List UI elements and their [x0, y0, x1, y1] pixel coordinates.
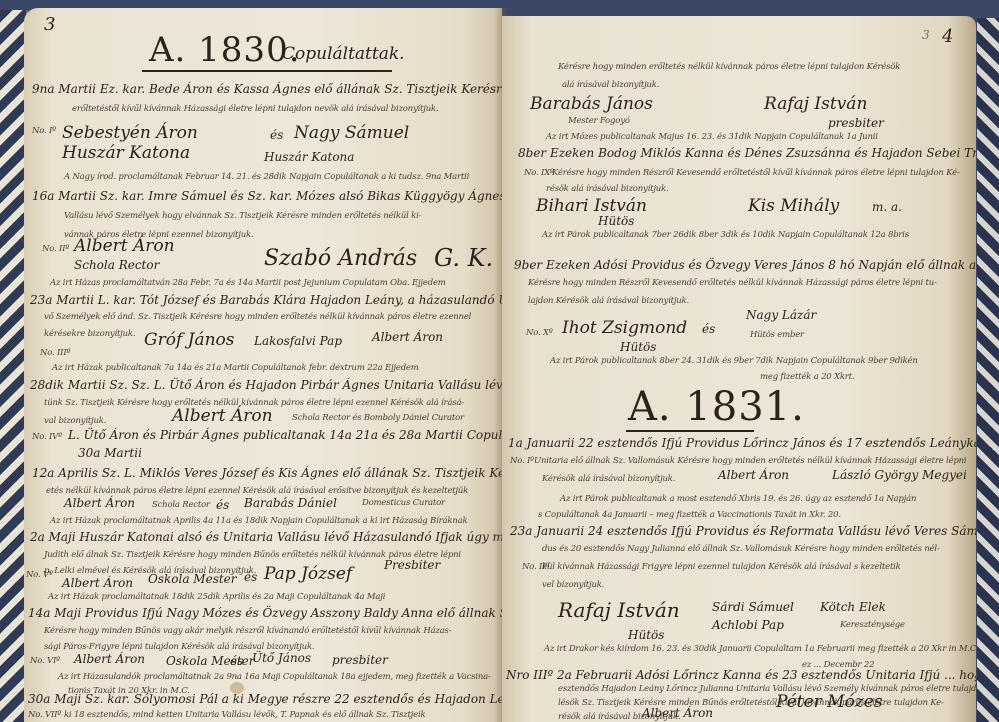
right-page: 3 4 Kérésre hogy minden erőltetés nélkül…: [502, 16, 976, 722]
entry-line: val bizonyítjuk.: [44, 416, 106, 426]
witness-signature: Albert Áron: [64, 496, 135, 510]
publication-date: 30a Martii: [78, 446, 142, 460]
witness-role: Hütös: [620, 340, 656, 354]
witness-signature: Rafaj István: [764, 94, 867, 114]
conjunction: és: [702, 322, 715, 336]
entry-number: No. Iº: [32, 126, 56, 136]
entry-line: dus és 20 esztendős Nagy Julianna elő ál…: [542, 544, 940, 554]
conjunction: és: [216, 498, 229, 512]
witness-signature: Kötch Elek: [820, 600, 886, 614]
publication-note: Az irt Párok publicaltanak 8ber 24. 31di…: [550, 356, 918, 366]
entry-number: No. Iº: [510, 456, 534, 466]
witness-signature: Schola Rector és Bomboly Dániel Curator: [292, 413, 464, 423]
entry-line: 23a Januarii 24 esztendős Ifjú Providus …: [510, 524, 976, 538]
witness-signature: Albert Áron: [172, 406, 273, 426]
witness-signature: Albert Áron: [718, 468, 789, 482]
entry-number: No. IIIº: [40, 348, 70, 358]
entry-line: 8ber Ezeken Bodog Miklós Kanna és Dénes …: [518, 146, 976, 160]
entry-line: 14a Maji Providus Ifjú Nagy Mózes és Özv…: [28, 606, 502, 620]
entry-line: Nro IIIº 2a Februarii Adósi Lőrincz Kann…: [506, 668, 976, 682]
witness-role: Mester Fogoyó: [568, 116, 630, 126]
entry-line: 1a Januarii 22 esztendős Ifjú Providus L…: [508, 436, 976, 450]
witness-role: Huszár Katona: [264, 150, 354, 164]
publication-note: Az irt Párok publicaltanak 7ber 26dik 8b…: [542, 230, 909, 240]
witness-signature: Pap József: [264, 564, 352, 584]
witness-role: Hütös: [598, 214, 634, 228]
witness-signature: Sebestyén Áron: [62, 123, 198, 143]
left-page: 3 A. 1830. Copuláltattak. 9na Martii Ez.…: [24, 8, 502, 722]
entry-line: Kérésre hogy minden Részről Kevesendő er…: [552, 168, 960, 178]
proclamation-note: Az irt Házak publicaltanak 7a 14a és 21a…: [52, 363, 419, 373]
entry-line: Kérésre hogy minden erőltetés nélkül kív…: [558, 62, 900, 72]
witness-role: Presbiter: [384, 558, 440, 572]
entry-number: No. IVº: [32, 432, 62, 442]
witness-role: Lakosfalvi Pap: [254, 334, 342, 348]
entry-line: Kérésre hogy minden Részről Kevesendő er…: [528, 278, 937, 288]
witness-role: Kereszténysége: [840, 620, 905, 630]
witness-signature: Gróf János: [144, 330, 235, 350]
witness-role: Schola Rector: [74, 258, 159, 272]
witness-signature: Nagy Sámuel: [294, 123, 409, 143]
entry-line: 16a Martii Sz. kar. Imre Sámuel és Sz. k…: [32, 189, 502, 203]
proclamation-note: Az irt Házasulandók proclamáltatnak 2a 9…: [58, 672, 491, 682]
entry-line: Unitaria elő állnak Sz. Vallomásuk Kérés…: [534, 456, 966, 466]
publication-note: Az irt Párok publicaltanak a most eszten…: [560, 494, 916, 504]
entry-line: Vallásu lévő Személyek hogy elvánnak Sz.…: [64, 211, 421, 221]
witness-signature: Barabás János: [530, 94, 653, 114]
witness-signature: Kis Mihály: [748, 196, 839, 216]
entry-line: 9ber Ezeken Adósi Providus és Özvegy Ver…: [514, 258, 976, 272]
entry-line: Kérésre hogy minden Bűnös vagy akár mely…: [44, 626, 451, 636]
publication-note: s Copuláltanak 4a Januarii – meg fizetté…: [538, 510, 841, 520]
entry-line: kül kívánnak Házassági Frigyre lépni eze…: [542, 562, 901, 572]
book-binding-right: [977, 18, 999, 722]
witness-signature: Rafaj István: [558, 598, 680, 622]
proclamation-note: A Nagy írod. proclamáltanak Februar 14. …: [64, 172, 469, 182]
year-heading: A. 1831.: [628, 384, 805, 430]
conjunction: és: [244, 570, 257, 584]
entry-line: résök alá írásával bizonyítjuk.: [546, 184, 668, 194]
entry-number: No. Xº: [526, 328, 553, 338]
page-number: 4: [942, 26, 953, 47]
publication-note: L. Ütő Áron és Pirbár Ágnes publicaltana…: [68, 428, 502, 442]
witness-role: Hütös: [628, 628, 664, 642]
witness-signature: Albert Áron: [62, 576, 133, 590]
witness-signature: Barabás Dániel: [244, 496, 337, 510]
heading-underline: [626, 430, 754, 432]
witness-role: Oskola Mester: [148, 572, 237, 586]
proclamation-note: Az irt Házak proclamáltatnak 18dik 25dik…: [48, 592, 385, 602]
ink-stain: [230, 682, 244, 694]
entry-line: 12a Aprilis Sz. L. Miklós Veres József é…: [32, 466, 502, 480]
publication-note: Az irt Drakor kés kiírdom 16. 23. és 30d…: [544, 644, 976, 654]
entry-number: No. IIº: [42, 244, 69, 254]
entry-line: erőltetéstől kívűl kívánnak Házassági él…: [72, 104, 438, 114]
heading-copulaltattak: Copuláltattak.: [282, 44, 405, 64]
entry-number: No. IXº: [524, 168, 554, 178]
entry-line: 9na Martii Ez. kar. Bede Áron és Kassa Á…: [32, 82, 502, 96]
publication-note: Az irt Mózes publicaltanak Majus 16. 23.…: [546, 132, 878, 142]
proclamation-note: Az irt Házas proclamáltatván 28a Febr. 7…: [50, 278, 446, 288]
witness-role: Hütös ember: [750, 330, 804, 340]
entry-line: 23a Martii L. kar. Tót József és Barabás…: [30, 293, 502, 307]
witness-role: presbiter: [332, 653, 388, 667]
entry-line: alá írásával bizonyítjuk.: [562, 80, 659, 90]
witness-mark: G. K.: [434, 244, 493, 272]
conjunction: és: [230, 654, 243, 668]
witness-role: Huszár Katona: [62, 143, 190, 163]
entry-number: No. VIIº: [28, 710, 61, 720]
proclamation-note: Az irt Házak proclamáltatnak Aprilis 4a …: [50, 516, 467, 526]
entry-line: kérésekre bizonyítjuk.: [44, 329, 135, 339]
witness-role: m. a.: [872, 200, 902, 214]
witness-role: Domesticus Curator: [362, 498, 445, 508]
entry-number: No. Vº: [26, 570, 53, 580]
entry-line: 28dik Martii Sz. Sz. L. Ütő Áron és Haja…: [30, 378, 502, 392]
entry-line: esztendős Hajadon Leány Lőrincz Julianna…: [558, 684, 976, 694]
entry-line: ki 18 esztendős, mind ketten Unitaria Va…: [64, 710, 425, 720]
witness-signature: Péter Mózes: [776, 692, 883, 712]
conjunction: és: [270, 128, 283, 142]
witness-signature: Bihari István: [536, 196, 647, 216]
entry-number: No. VIº: [30, 656, 60, 666]
entry-line: lésök Sz. Tisztjeik Kérésre minden Bűnös…: [558, 698, 944, 708]
page-number: 3: [44, 14, 55, 35]
witness-signature: Albert Áron: [642, 706, 713, 720]
witness-signature: László György Megyei: [832, 468, 967, 482]
entry-line: Kérésök alá írásával bizonyítjuk.: [542, 474, 675, 484]
witness-signature: Albert Áron: [372, 330, 443, 344]
pencil-page-number: 3: [922, 28, 930, 42]
entry-line: lajdon Kérésök alá írásával bizonyítjuk.: [528, 296, 689, 306]
heading-underline: [142, 70, 392, 72]
entry-line: 30a Maji Sz. kar. Sólyomosi Pál a ki Meg…: [28, 692, 502, 706]
witness-signature: Albert Áron: [74, 236, 175, 256]
witness-role: Schola Rector: [152, 500, 210, 510]
open-register-book: 3 A. 1830. Copuláltattak. 9na Martii Ez.…: [0, 0, 999, 722]
witness-signature: Nagy Lázár: [746, 308, 816, 322]
witness-signature: Ütő János: [252, 651, 311, 665]
entry-line: 2a Maji Huszár Katonai alsó és Unitaria …: [30, 530, 502, 544]
publication-note: meg fizették a 20 Xkrt.: [760, 372, 854, 382]
witness-signature: Ihot Zsigmond: [562, 318, 687, 338]
year-heading: A. 1830.: [149, 30, 301, 70]
entry-line: vő Személyek elő ánd. Sz. Tisztjeik Kéré…: [44, 312, 471, 322]
witness-signature: Sárdi Sámuel: [712, 600, 794, 614]
entry-line: etés nélkül kívánnak páros életre lépni …: [46, 486, 468, 496]
witness-role: presbiter: [828, 116, 884, 130]
witness-role: Achlobi Pap: [712, 618, 784, 632]
entry-line: vel bizonyítjuk.: [542, 580, 604, 590]
witness-signature: Szabó András: [264, 246, 417, 271]
witness-signature: Albert Áron: [74, 652, 145, 666]
